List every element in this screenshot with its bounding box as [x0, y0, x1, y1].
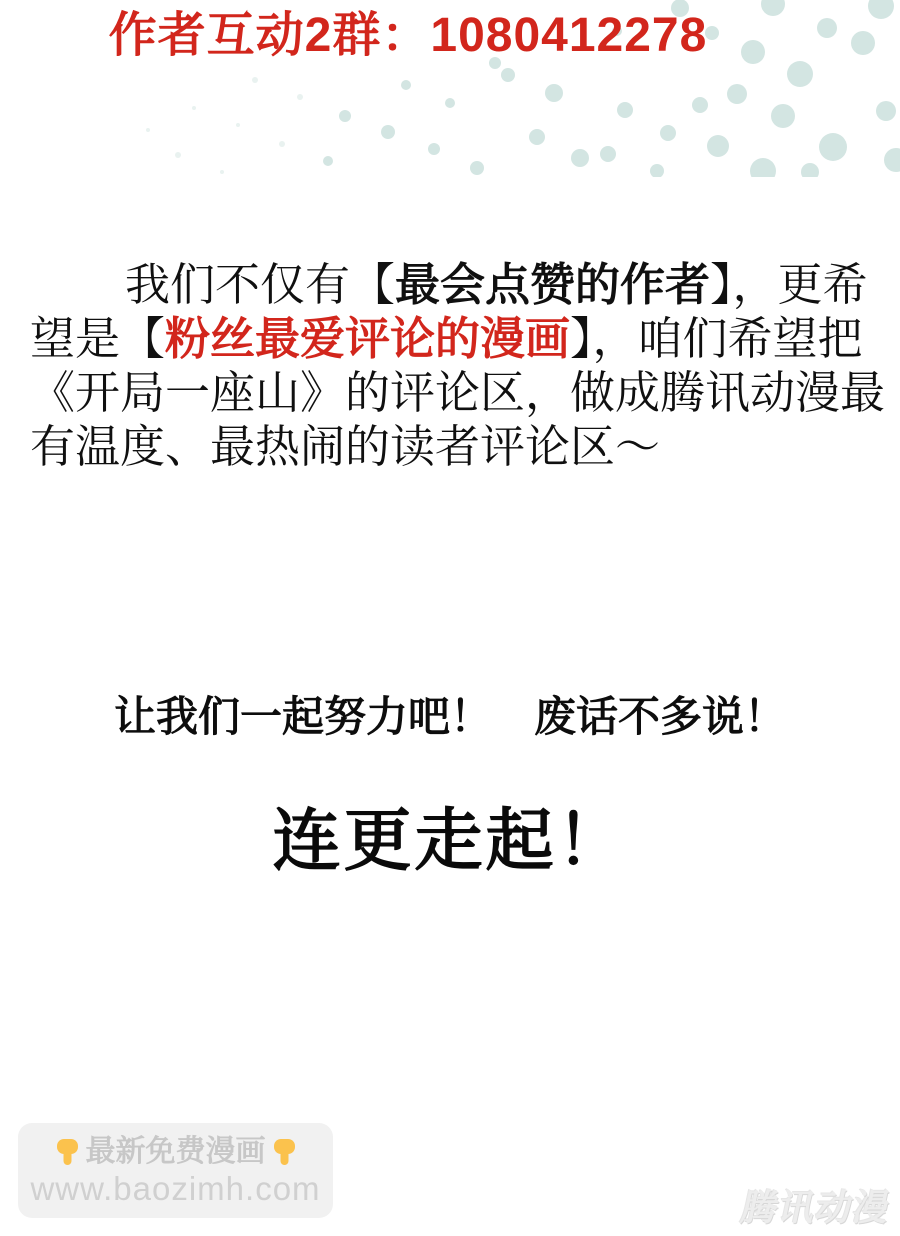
- decor-dot: [323, 156, 333, 166]
- decor-dot: [819, 133, 847, 161]
- decor-dot: [501, 68, 515, 82]
- paragraph-text: 《开局一座山》的评论区，做成腾讯动漫最: [30, 367, 885, 418]
- decor-dot: [571, 149, 589, 167]
- decor-dot: [146, 128, 150, 132]
- decor-dot: [600, 146, 616, 162]
- paragraph-text: 我们不仅有【: [125, 259, 395, 310]
- pointing-down-hand-icon: [55, 1138, 80, 1166]
- decor-dot: [660, 125, 676, 141]
- decor-dot: [339, 110, 351, 122]
- decor-dot: [529, 129, 545, 145]
- pointing-down-hand-icon: [272, 1138, 297, 1166]
- decor-dot: [470, 161, 484, 175]
- comic-announcement-page: 作者互动2群：1080412278 我们不仅有【最会点赞的作者】，更希 望是【粉…: [0, 0, 900, 1236]
- decor-dot: [692, 97, 708, 113]
- paragraph-text: 望是【: [30, 313, 165, 364]
- decor-dot: [707, 135, 729, 157]
- decor-dot: [279, 141, 285, 147]
- paragraph-text: 有温度、最热闹的读者评论区～: [30, 421, 660, 472]
- paragraph-text: 】，更希: [710, 259, 868, 310]
- paragraph-line-4: 有温度、最热闹的读者评论区～: [30, 420, 890, 474]
- big-slogan: 连更走起！: [0, 802, 900, 880]
- paragraph-text: 】，咱们希望把: [570, 313, 863, 364]
- watermark-title: 最新免费漫画: [86, 1135, 266, 1169]
- decor-dot: [445, 98, 455, 108]
- decor-dot: [801, 163, 819, 177]
- decor-dot: [617, 102, 633, 118]
- decor-dot: [851, 31, 875, 55]
- highlight-red-text: 粉丝最爱评论的漫画: [165, 313, 570, 364]
- decor-dot: [252, 77, 258, 83]
- decor-dot: [727, 84, 747, 104]
- watermark-url: www.baozimh.com: [30, 1171, 320, 1207]
- decor-dot: [192, 106, 196, 110]
- tencent-comics-logo: 腾讯动漫: [738, 1188, 895, 1228]
- decor-dot: [787, 61, 813, 87]
- slogan-line: 让我们一起努力吧！ 废话不多说！: [0, 692, 900, 742]
- decor-dot: [428, 143, 440, 155]
- decor-dot: [381, 125, 395, 139]
- decor-dot: [297, 94, 303, 100]
- decor-dot: [236, 123, 240, 127]
- author-group-text: 作者互动2群：1080412278: [109, 9, 708, 62]
- decor-dot: [750, 158, 776, 177]
- decor-dot: [876, 101, 896, 121]
- paragraph-line-2: 望是【粉丝最爱评论的漫画】，咱们希望把: [30, 312, 890, 366]
- decor-dot: [868, 0, 894, 19]
- decor-dot: [817, 18, 837, 38]
- author-group-banner: 作者互动2群：1080412278: [0, 8, 816, 64]
- paragraph-line-3: 《开局一座山》的评论区，做成腾讯动漫最: [30, 366, 890, 420]
- watermark-box: 最新免费漫画 www.baozimh.com: [18, 1123, 333, 1218]
- decor-dot: [884, 148, 900, 172]
- watermark-title-row: 最新免费漫画: [55, 1135, 297, 1169]
- highlight-bold-text: 最会点赞的作者: [395, 259, 710, 310]
- decor-dot: [771, 104, 795, 128]
- decor-dot: [175, 152, 181, 158]
- decor-dot: [401, 80, 411, 90]
- announcement-paragraph: 我们不仅有【最会点赞的作者】，更希 望是【粉丝最爱评论的漫画】，咱们希望把 《开…: [30, 258, 890, 474]
- decor-dot: [545, 84, 563, 102]
- decor-dot: [650, 164, 664, 177]
- decor-dot: [220, 170, 224, 174]
- paragraph-line-1: 我们不仅有【最会点赞的作者】，更希: [30, 258, 890, 312]
